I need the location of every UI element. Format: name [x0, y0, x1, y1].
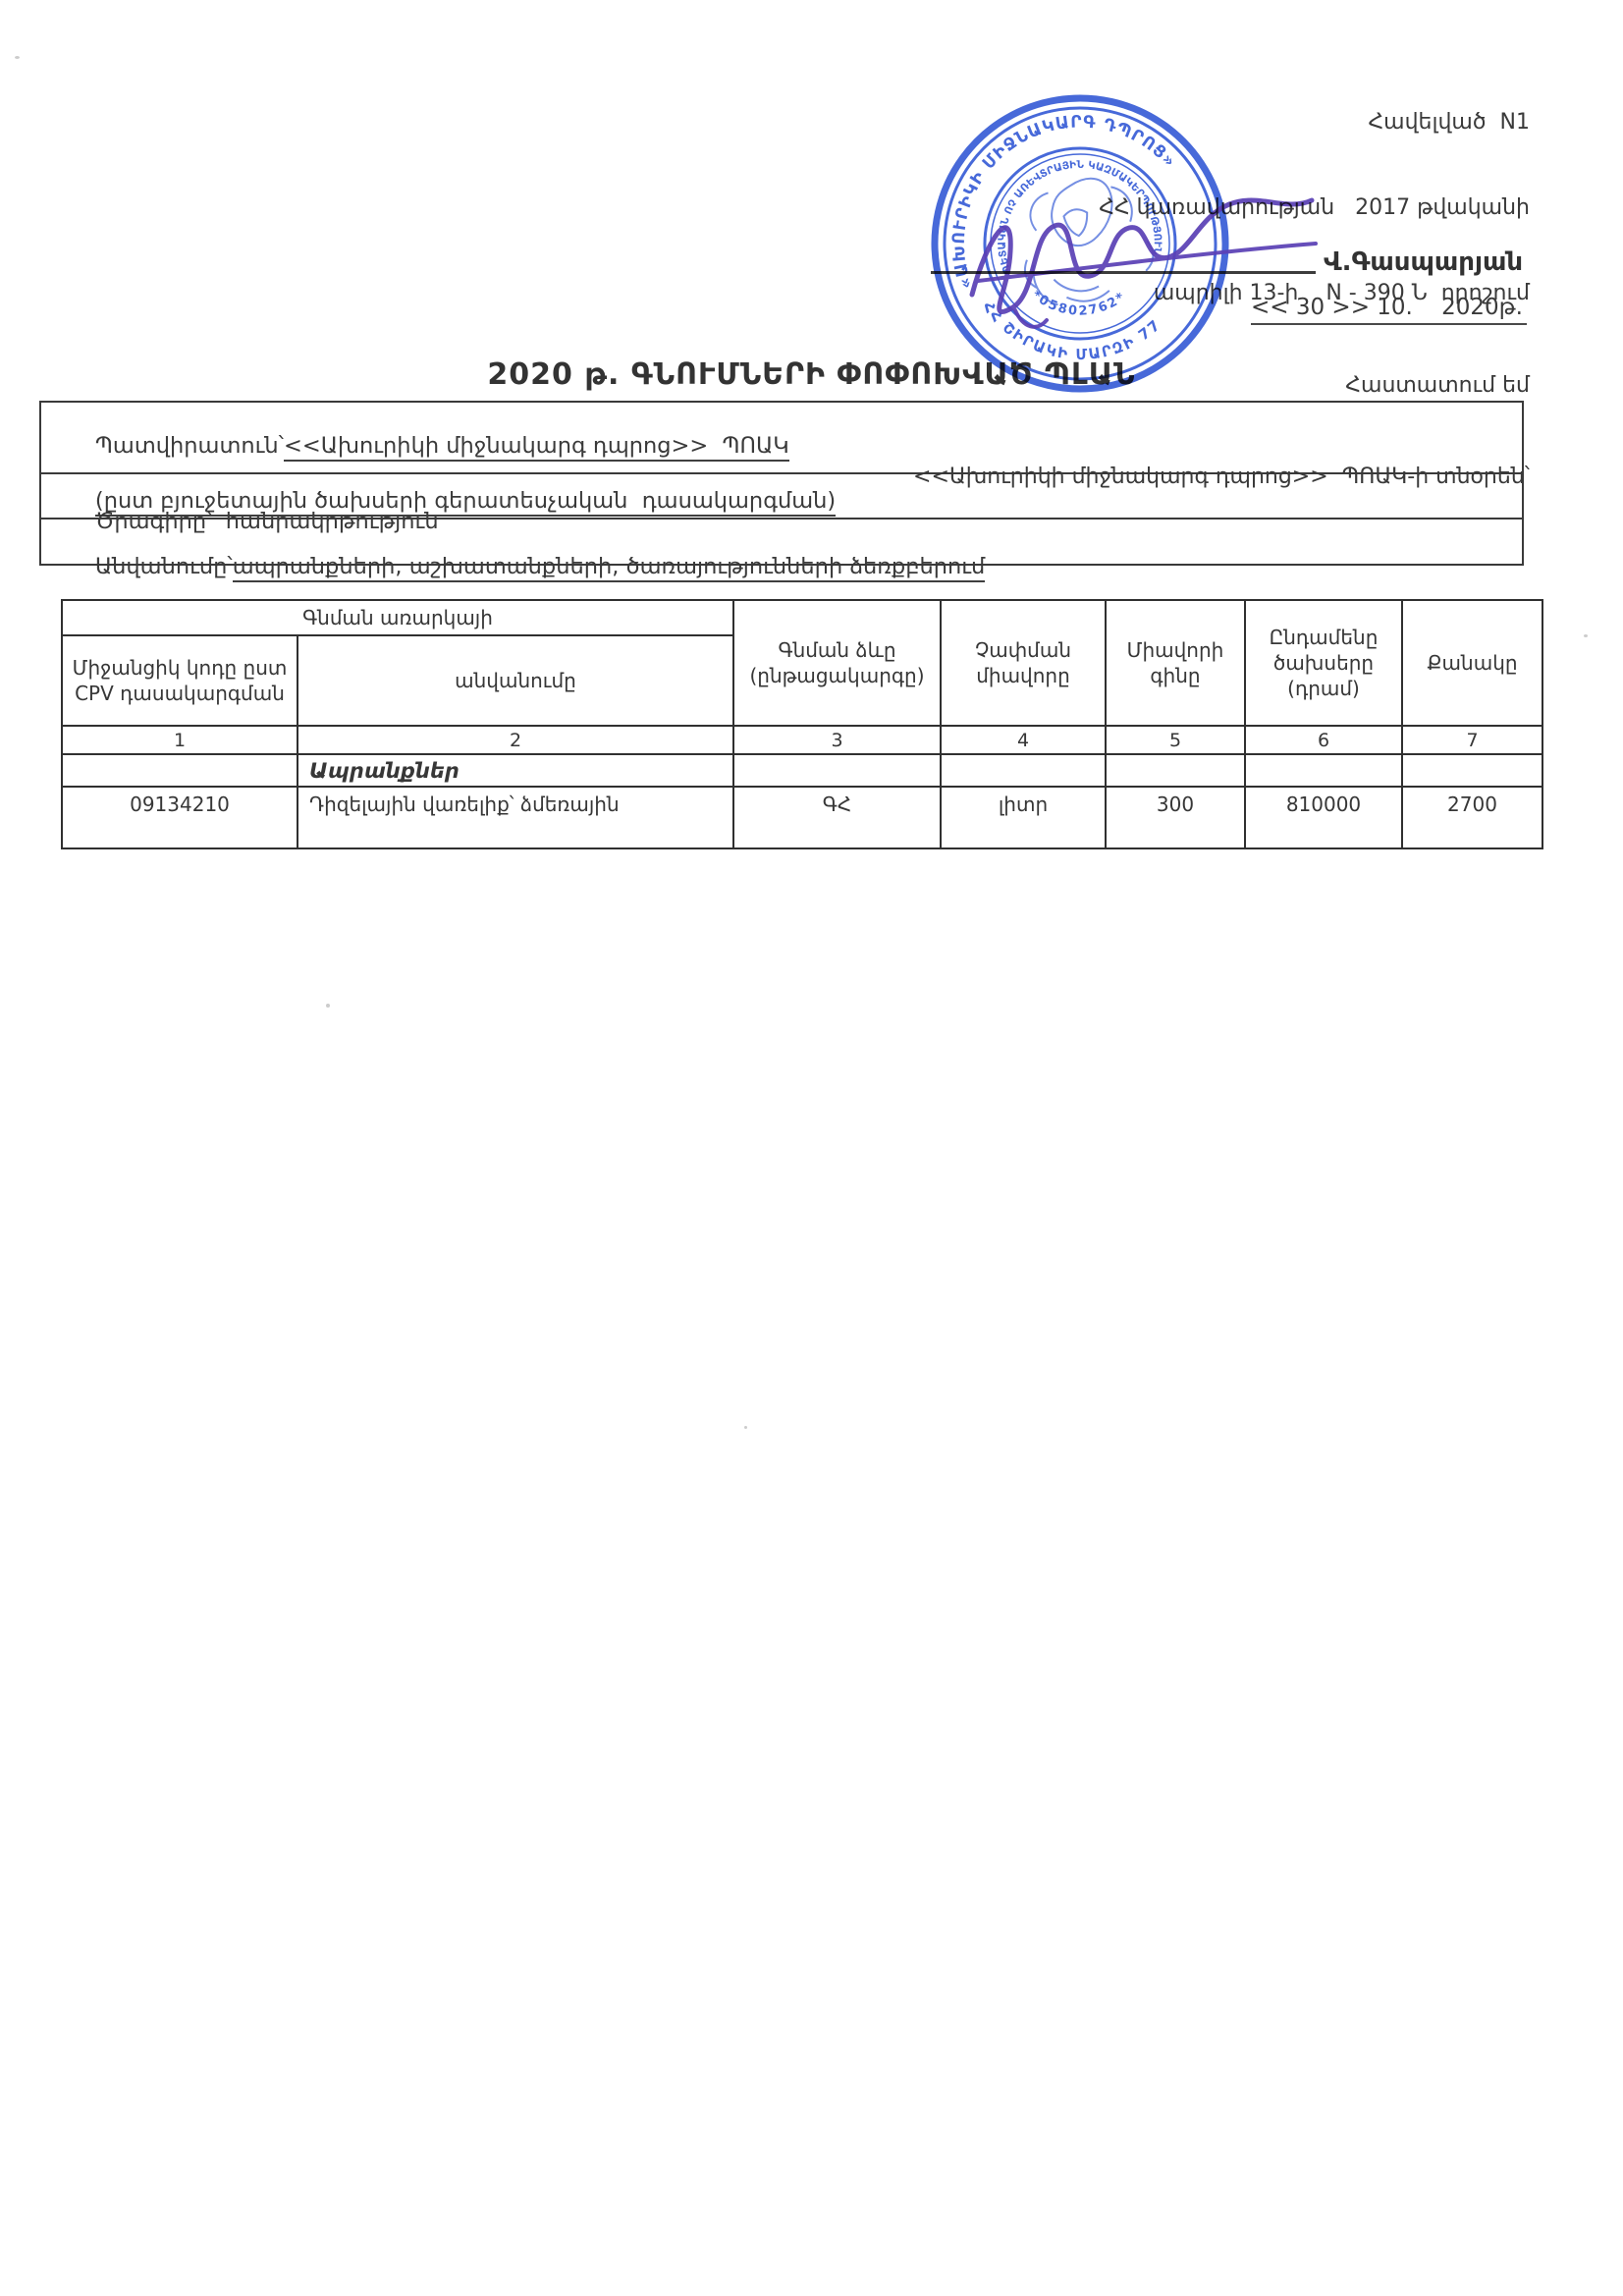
col-number: 6 [1245, 726, 1402, 754]
program-value: հանրակրթություն [226, 509, 439, 534]
program-label: Ծրագիրը՝ [95, 509, 212, 534]
cell-form: ԳՀ [733, 787, 941, 848]
col-header-name: անվանումը [298, 635, 733, 726]
section-label: Ապրանքներ [298, 754, 733, 787]
name-label: Անվանումը՝ [95, 554, 233, 579]
group-header-cell: Գնման առարկայի [62, 600, 733, 635]
scanned-document-page: Հավելված N1 ՀՀ կառավարության 2017 թվական… [0, 0, 1623, 2296]
cell-name: Դիզելային վառելիք՝ ձմեռային [298, 787, 733, 848]
col-number: 2 [298, 726, 733, 754]
col-header-form: Գնման ձևը (ընթացակարգը) [733, 600, 941, 726]
col-header-unit-price: Միավորի գինը [1106, 600, 1245, 726]
director-name: Վ.Գասպարյան [1324, 247, 1523, 277]
col-number: 5 [1106, 726, 1245, 754]
scan-speck [326, 1004, 330, 1008]
col-number: 3 [733, 726, 941, 754]
procurement-table: Գնման առարկայի Գնման ձևը (ընթացակարգը) Չ… [61, 599, 1543, 849]
column-number-row: 1 2 3 4 5 6 7 [62, 726, 1542, 754]
cell-quantity: 2700 [1402, 787, 1542, 848]
col-header-quantity: Քանակը [1402, 600, 1542, 726]
name-value: ապրանքների, աշխատանքների, ծառայություննե… [233, 554, 986, 582]
scan-speck [1584, 634, 1588, 637]
col-number: 7 [1402, 726, 1542, 754]
customer-label: Պատվիրատուն՝ [95, 433, 284, 459]
col-header-total: Ընդամենը ծախսերը (դրամ) [1245, 600, 1402, 726]
cell-unit-price: 300 [1106, 787, 1245, 848]
scan-speck [744, 1426, 747, 1429]
svg-text:ՀՀ ՇԻՐԱԿԻ ՄԱՐԶԻ 77: ՀՀ ՇԻՐԱԿԻ ՄԱՐԶԻ 77 [978, 272, 1168, 379]
cell-total: 810000 [1245, 787, 1402, 848]
page-title: 2020 թ. ԳՆՈՒՄՆԵՐԻ ՓՈՓՈԽՎԱԾ ՊԼԱՆ [0, 357, 1623, 392]
cell-cpv: 09134210 [62, 787, 298, 848]
info-boxes: Պատվիրատուն՝<<Ախուրիկի միջնակարգ դպրոց>>… [39, 401, 1524, 566]
table-row: 09134210 Դիզելային վառելիք՝ ձմեռային ԳՀ … [62, 787, 1542, 848]
col-number: 4 [941, 726, 1106, 754]
col-header-cpv: Միջանցիկ կոդը ըստ CPV դասակարգման [62, 635, 298, 726]
official-stamp: «ԱԽՈՒՐԻԿԻ ՄԻՋՆԱԿԱՐԳ ԴՊՐՈՑ» ՀՀ ՇԻՐԱԿԻ ՄԱՐ… [921, 84, 1337, 412]
stamp-outer-bottom-text: ՀՀ ՇԻՐԱԿԻ ՄԱՐԶԻ 77 [978, 272, 1168, 379]
section-row: Ապրանքներ [62, 754, 1542, 787]
cell-unit: լիտր [941, 787, 1106, 848]
col-number: 1 [62, 726, 298, 754]
scan-speck [15, 56, 20, 59]
customer-value: <<Ախուրիկի միջնակարգ դպրոց>> ՊՈԱԿ [284, 433, 789, 462]
col-header-unit: Չափման միավորը [941, 600, 1106, 726]
signature-scribble [972, 200, 1316, 327]
